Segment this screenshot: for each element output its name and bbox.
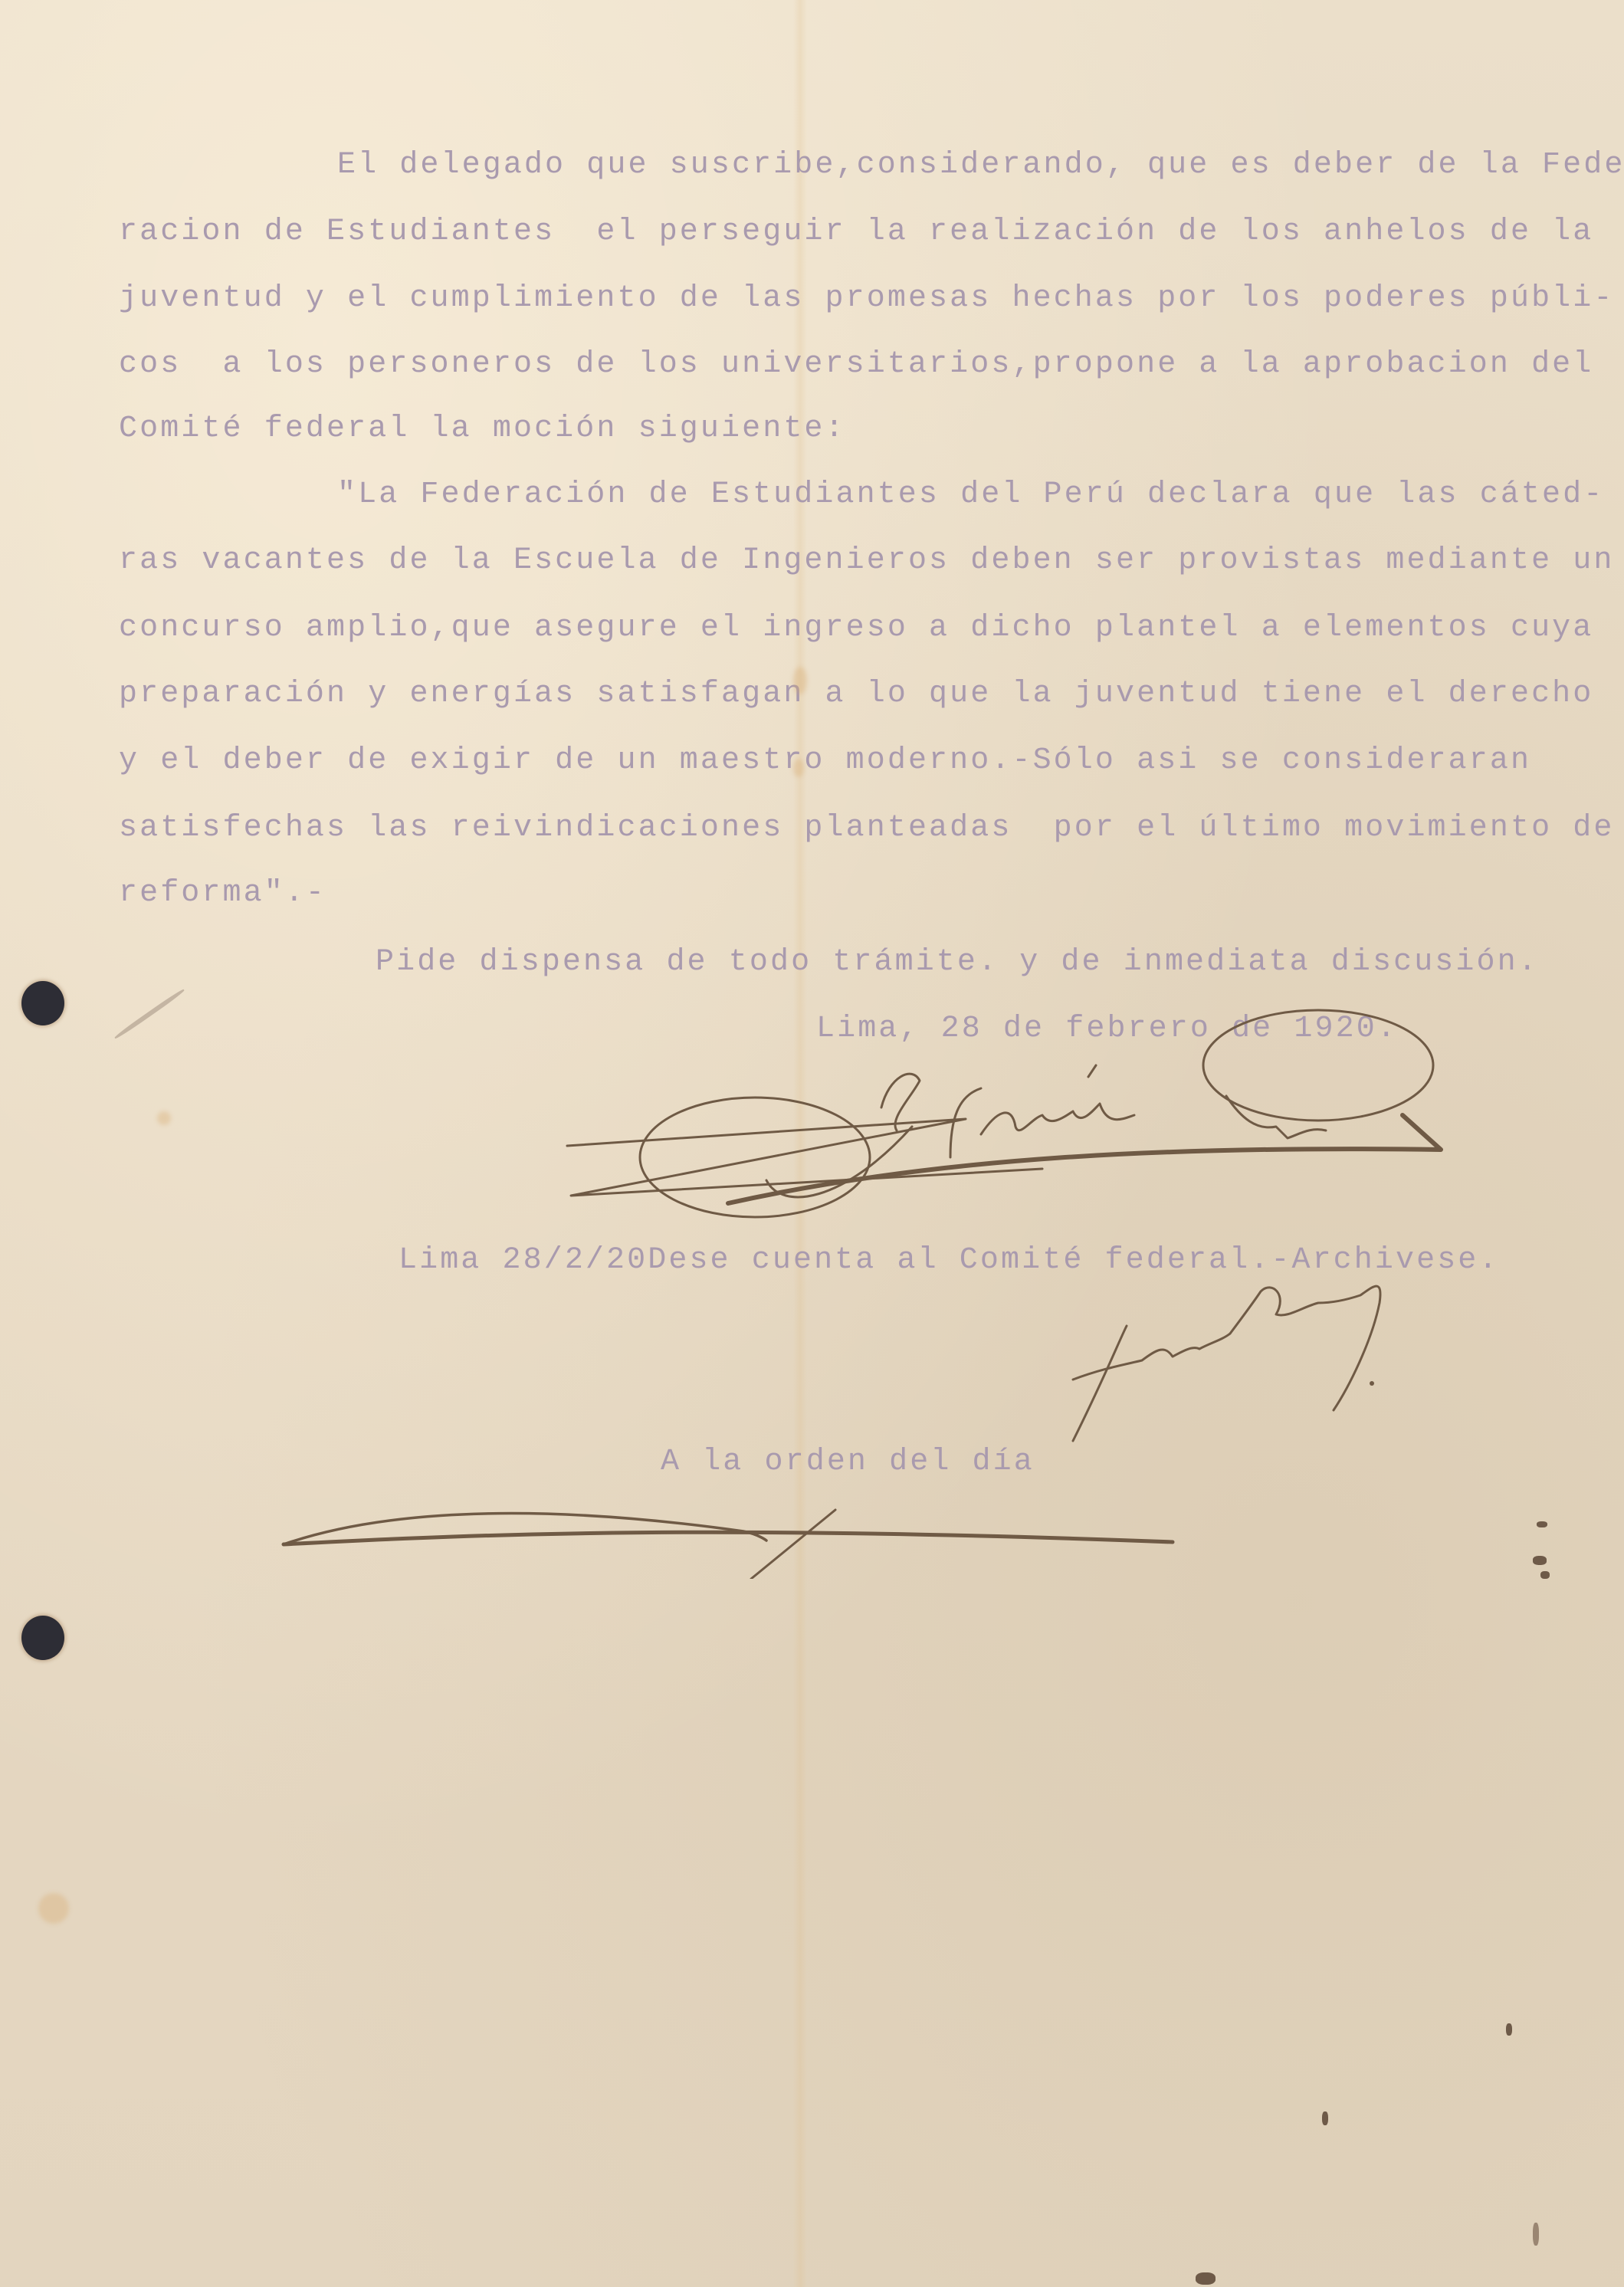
motion-line-5: y el deber de exigir de un maestro moder…: [119, 746, 1531, 776]
pencil-mark: [113, 988, 185, 1040]
punch-hole-bottom: [21, 1616, 64, 1660]
motion-line-1: "La Federación de Estudiantes del Perú d…: [337, 480, 1604, 510]
motion-line-2: ras vacantes de la Escuela de Ingenieros…: [119, 546, 1614, 576]
annotation-line: Lima 28/2/20Dese cuenta al Comité federa…: [399, 1245, 1500, 1276]
motion-line-4: preparación y energías satisfagan a lo q…: [119, 679, 1593, 710]
intro-line-2: racion de Estudiantes el perseguir la re…: [119, 217, 1593, 248]
motion-line-6: satisfechas las reivindicaciones plantea…: [119, 813, 1614, 844]
signature-sanchez: [552, 1004, 1471, 1226]
ink-speck: [1322, 2111, 1328, 2125]
intro-line-5: Comité federal la moción siguiente:: [119, 414, 846, 445]
ink-speck: [1196, 2272, 1216, 2285]
foxing-stain: [793, 759, 804, 777]
punch-hole-top: [21, 981, 64, 1025]
intro-line-4: cos a los personeros de los universitari…: [119, 349, 1593, 380]
signature-rosas: [1058, 1272, 1533, 1449]
foxing-stain: [38, 1893, 69, 1924]
request-line: Pide dispensa de todo trámite. y de inme…: [376, 947, 1539, 978]
ink-speck: [1533, 2223, 1539, 2246]
motion-line-7: reforma".-: [119, 878, 326, 909]
ink-speck: [1540, 1571, 1550, 1579]
footer-note: A la orden del día: [661, 1447, 1035, 1478]
footer-flourish: [268, 1487, 1188, 1579]
ink-speck: [1533, 1556, 1547, 1565]
foxing-stain: [157, 1111, 171, 1125]
ink-speck: [1506, 2023, 1512, 2036]
intro-line-3: juventud y el cumplimiento de las promes…: [119, 284, 1614, 314]
motion-line-3: concurso amplio,que asegure el ingreso a…: [119, 613, 1593, 644]
foxing-stain: [793, 667, 807, 694]
intro-line-1: El delegado que suscribe,considerando, q…: [337, 150, 1624, 181]
ink-speck: [1537, 1521, 1547, 1527]
